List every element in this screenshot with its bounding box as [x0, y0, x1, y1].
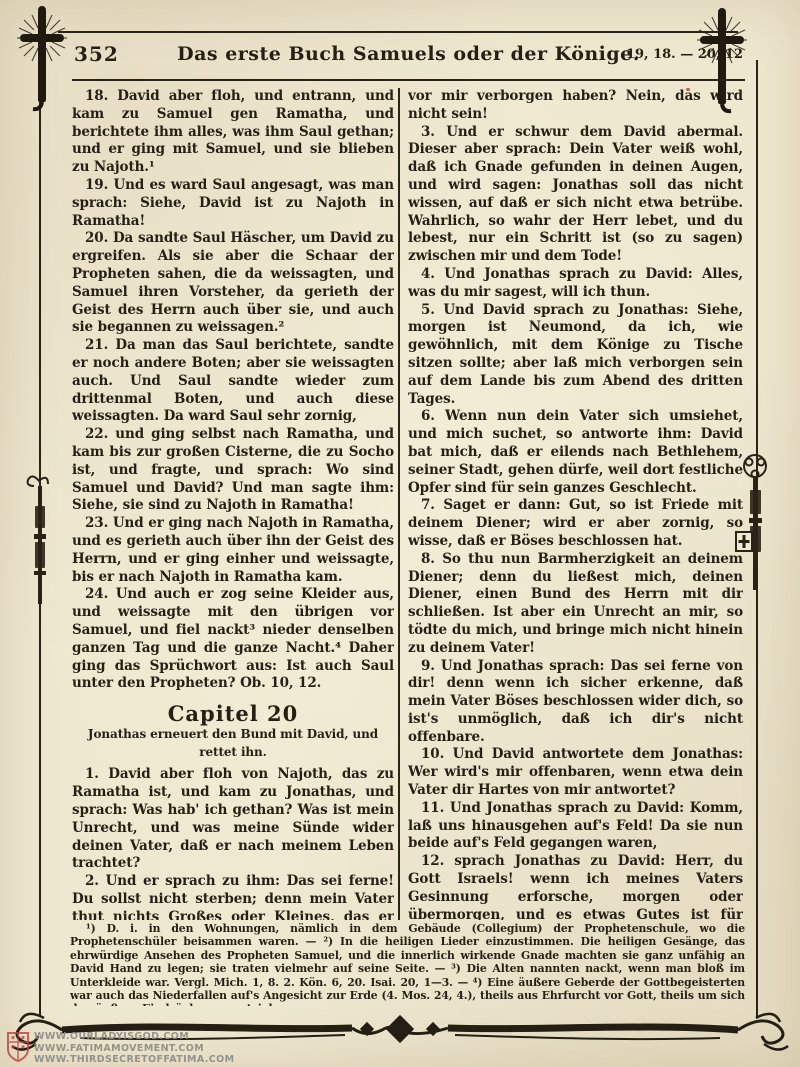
- chapter-subtitle: Jonathas erneuert den Bund mit David, un…: [72, 726, 394, 762]
- verse-paragraph: 21. Da man das Saul berichtete, sandte e…: [72, 337, 394, 426]
- verses-ch19: 18. David aber floh, und entrann, und ka…: [72, 88, 394, 693]
- verses-ch20: 1. David aber floh von Najoth, das zu Ra…: [72, 766, 394, 920]
- verse-paragraph: 7. Saget er dann: Gut, so ist Friede mit…: [408, 497, 743, 550]
- shield-icon: [6, 1031, 30, 1067]
- watermark: WWW.OURLADYISGOD.COMWWW.FATIMAMOVEMENT.C…: [6, 1031, 235, 1067]
- verse-paragraph: 19. Und es ward Saul angesagt, was man s…: [72, 177, 394, 230]
- verse-paragraph: 12. sprach Jonathas zu David: Herr, du G…: [408, 853, 743, 920]
- verse-paragraph: 1. David aber floh von Najoth, das zu Ra…: [72, 766, 394, 873]
- cross-sunburst-icon: [12, 6, 74, 114]
- verse-paragraph: 8. So thu nun Barmherzigkeit an deinem D…: [408, 551, 743, 658]
- verse-paragraph: 4. Und Jonathas sprach zu David: Alles, …: [408, 266, 743, 302]
- verses-ch20-right: 3. Und er schwur dem David abermal. Dies…: [408, 124, 743, 920]
- watermark-urls: WWW.OURLADYISGOD.COMWWW.FATIMAMOVEMENT.C…: [34, 1031, 235, 1066]
- chapter-heading: Capitel 20: [72, 705, 394, 723]
- watermark-url-line: WWW.FATIMAMOVEMENT.COM: [34, 1043, 235, 1055]
- continuation-paragraph: vor mir verborgen haben? Nein, das wird …: [408, 88, 743, 124]
- watermark-url-line: WWW.THIRDSECRETOFFATIMA.COM: [34, 1054, 235, 1066]
- verse-paragraph: 10. Und David antwortete dem Jonathas: W…: [408, 746, 743, 799]
- verse-paragraph: 18. David aber floh, und entrann, und ka…: [72, 88, 394, 177]
- left-text-column: 18. David aber floh, und entrann, und ka…: [72, 88, 394, 920]
- watermark-url-line: WWW.OURLADYISGOD.COM: [34, 1031, 235, 1043]
- verse-paragraph: 6. Wenn nun dein Vater sich umsiehet, un…: [408, 408, 743, 497]
- footnotes-block: ¹) D. i. in den Wohnungen, nämlich in de…: [70, 922, 745, 1006]
- verse-paragraph: 24. Und auch er zog seine Kleider aus, u…: [72, 586, 394, 693]
- verse-paragraph: 23. Und er ging nach Najoth in Ramatha, …: [72, 515, 394, 586]
- page-header: 352 Das erste Buch Samuels oder der Köni…: [72, 42, 745, 70]
- verse-paragraph: 2. Und er sprach zu ihm: Das sei ferne! …: [72, 873, 394, 920]
- border-frame-top: [58, 31, 738, 33]
- verse-paragraph: 3. Und er schwur dem David abermal. Dies…: [408, 124, 743, 266]
- column-divider: [398, 88, 400, 920]
- verse-paragraph: 5. Und David sprach zu Jonathas: Siehe, …: [408, 302, 743, 409]
- verse-paragraph: 9. Und Jonathas sprach: Das sei ferne vo…: [408, 658, 743, 747]
- verse-paragraph: 20. Da sandte Saul Häscher, um David zu …: [72, 230, 394, 337]
- right-text-column: vor mir verborgen haben? Nein, das wird …: [408, 88, 743, 920]
- key-ornament-icon: [26, 468, 54, 613]
- verse-paragraph: 11. Und Jonathas sprach zu David: Komm, …: [408, 800, 743, 853]
- verse-paragraph: 22. und ging selbst nach Ramatha, und ka…: [72, 426, 394, 515]
- scanned-book-page: 352 Das erste Buch Samuels oder der Köni…: [0, 0, 800, 1067]
- verse-range: 19, 18. — 20, 12: [626, 47, 743, 62]
- header-rule: [72, 79, 745, 81]
